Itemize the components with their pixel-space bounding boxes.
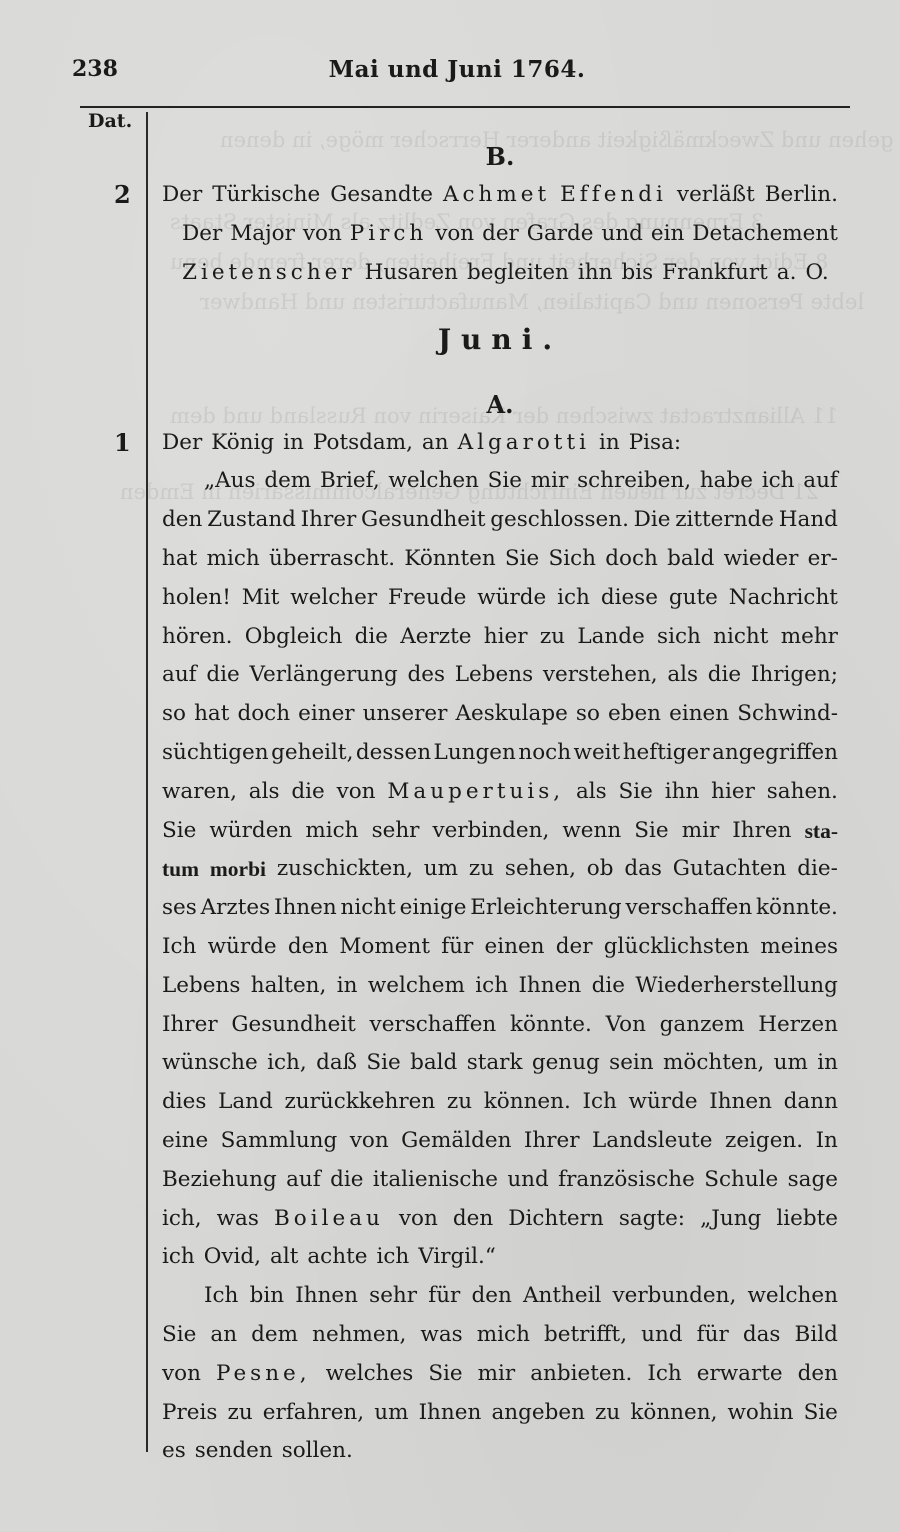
word: verbinden, [433, 812, 550, 851]
word: die [355, 618, 388, 657]
word: erfahren, [263, 1394, 364, 1433]
word: Antheil [523, 1277, 601, 1316]
word: Ihrer [301, 501, 357, 540]
word: Lungen [434, 734, 516, 773]
word: hat [194, 695, 229, 734]
word: Der [162, 424, 202, 463]
word: die [330, 1161, 363, 1200]
word: können, [630, 1394, 717, 1433]
word: Die [634, 501, 671, 540]
word: Sie [428, 1355, 462, 1394]
word: könnte. [756, 889, 838, 928]
word: ich [475, 967, 508, 1006]
word: Sie [634, 812, 668, 851]
word: nehmen, [312, 1316, 406, 1355]
letter-intro: DerKöniginPotsdam,anAlgarottiinPisa: [162, 424, 838, 463]
word: Gutachten [673, 850, 787, 889]
word: den [288, 928, 328, 967]
word: Beziehung [162, 1161, 277, 1200]
word: Virgil.“ [418, 1238, 496, 1277]
word: dann [784, 1083, 838, 1122]
word: den [472, 1277, 512, 1316]
word: so [576, 695, 600, 734]
word: Sich [549, 540, 597, 579]
word: zu [540, 618, 565, 657]
text-line: Siewürdenmichsehrverbinden,wennSiemirIhr… [162, 812, 838, 851]
word: ihn [665, 773, 700, 812]
word: zitternde [675, 501, 774, 540]
month-heading: Juni. [162, 318, 838, 362]
word: mir [682, 812, 720, 851]
word: die [206, 656, 239, 695]
word: würde [477, 579, 546, 618]
text-line: aufdieVerlängerungdesLebensverstehen,als… [162, 656, 838, 695]
word: Schwind- [737, 695, 838, 734]
word: Ihnen [518, 967, 581, 1006]
running-head: 238 Mai und Juni 1764. [72, 56, 842, 90]
word: doch [605, 540, 658, 579]
word: wünsche [162, 1044, 258, 1083]
word: französische [558, 1161, 695, 1200]
word: verbunden, [613, 1277, 737, 1316]
word: möchten, [663, 1044, 764, 1083]
word: geheilt, [271, 734, 353, 773]
word: liebte [776, 1200, 838, 1239]
word: hier [711, 773, 755, 812]
word: Zustand [207, 501, 296, 540]
text-line: ich,wasBoileauvondenDichternsagte:„Jungl… [162, 1200, 838, 1239]
word: könnte. [510, 1006, 592, 1045]
word: das [624, 850, 662, 889]
word: für [697, 1316, 729, 1355]
word: die- [797, 850, 838, 889]
word: würden [209, 812, 292, 851]
word: von [399, 1200, 438, 1239]
word: Land [218, 1083, 273, 1122]
word: den [162, 501, 202, 540]
word: einen [669, 695, 729, 734]
entry-june-2: 2 DerTürkischeGesandteAchmetEffendiverlä… [162, 176, 838, 292]
text-line: Sieandemnehmen,wasmichbetrifft,undfürdas… [162, 1316, 838, 1355]
word: ob [587, 850, 614, 889]
text-line: denZustandIhrerGesundheitgeschlossen.Die… [162, 501, 838, 540]
entry-date: 1 [114, 424, 131, 462]
date-column-label: Dat. [88, 110, 132, 132]
text-line: hatmichüberrascht.KönntenSieSichdochbald… [162, 540, 838, 579]
word: Maupertuis, [387, 773, 564, 812]
word: um [374, 1394, 408, 1433]
word: Gemälden [401, 1122, 511, 1161]
word: das [743, 1316, 781, 1355]
word: gute [669, 579, 718, 618]
word: dem [251, 1316, 298, 1355]
word: einige [400, 889, 467, 928]
word: sta- [805, 812, 838, 851]
page-body: B. 2 DerTürkischeGesandteAchmetEffendive… [162, 138, 838, 1471]
word: und [601, 215, 642, 254]
text-line: vonPesne,welchesSiemiranbieten.Icherwart… [162, 1355, 838, 1394]
word: sehr [369, 1277, 417, 1316]
word: Pesne, [216, 1355, 311, 1394]
word: unserer [363, 695, 448, 734]
text-line: süchtigengeheilt,dessenLungennochweithef… [162, 734, 838, 773]
header-rule [80, 106, 850, 108]
word: „Aus [204, 462, 256, 501]
word: und [641, 1316, 682, 1355]
word: Garde [527, 215, 594, 254]
word: ein [651, 215, 684, 254]
word: für [441, 928, 473, 967]
word: Aeskulape [455, 695, 567, 734]
word: in [599, 424, 620, 463]
word: Ich [162, 928, 196, 967]
word: halten, [251, 967, 327, 1006]
word: Boileau [274, 1200, 384, 1239]
word: In [816, 1122, 838, 1161]
word: mir [478, 1355, 516, 1394]
text-line: IhrerGesundheitverschaffenkönnte.Vonganz… [162, 1006, 838, 1045]
text-line: tummorbizuschickten,umzusehen,obdasGutac… [162, 850, 838, 889]
word: können. [484, 1083, 571, 1122]
word: hören. [162, 618, 232, 657]
word: Effendi [560, 176, 667, 215]
letter-paragraph-2: IchbinIhnensehrfürdenAntheilverbunden,we… [162, 1277, 838, 1471]
word: welcher [290, 579, 377, 618]
word: hat [162, 540, 197, 579]
word: dem [264, 462, 311, 501]
entry-june-1: 1 DerKöniginPotsdam,anAlgarottiinPisa: „… [162, 424, 838, 1472]
word: Ihnen [295, 1277, 358, 1316]
word: die [592, 967, 625, 1006]
word: welchen [747, 1277, 837, 1316]
word: Arztes [201, 889, 271, 928]
word: ich [557, 579, 590, 618]
word: zurückkehren [284, 1083, 435, 1122]
word: Preis [162, 1394, 217, 1433]
word: zeigen. [725, 1122, 803, 1161]
text-line: Beziehungaufdieitalienischeundfranzösisc… [162, 1161, 838, 1200]
word: sollen. [282, 1432, 353, 1471]
word: sein [609, 1044, 653, 1083]
word: dies [162, 1083, 206, 1122]
text-line: essendensollen. [162, 1432, 838, 1471]
word: tum [162, 850, 199, 889]
word: Zietenscher [182, 254, 356, 293]
word: schreiben, [577, 462, 691, 501]
text-line: diesLandzurückkehrenzukönnen.IchwürdeIhn… [162, 1083, 838, 1122]
word: würde [208, 928, 277, 967]
word: der [482, 215, 519, 254]
word: zuschickten, [277, 850, 413, 889]
word: mir [531, 462, 569, 501]
word: Sie [619, 773, 653, 812]
word: die [291, 773, 324, 812]
word: geschlossen. [490, 501, 629, 540]
word: auf [286, 1161, 321, 1200]
word: verstehen, [543, 656, 658, 695]
word: zu [228, 1394, 253, 1433]
word: Obgleich [245, 618, 343, 657]
word: nicht [341, 889, 396, 928]
word: Herzen [758, 1006, 838, 1045]
word: Türkische [212, 176, 320, 215]
word: holen! [162, 579, 231, 618]
word: Verlängerung [249, 656, 397, 695]
word: sahen. [767, 773, 838, 812]
word: Landsleute [592, 1122, 713, 1161]
word: genug [532, 1044, 600, 1083]
word: Detachement [692, 215, 838, 254]
text-line: IchbinIhnensehrfürdenAntheilverbunden,we… [162, 1277, 838, 1316]
word: Ovid, [204, 1238, 261, 1277]
word: eine [162, 1122, 208, 1161]
word: Ich [204, 1277, 238, 1316]
word: Sie [162, 1316, 196, 1355]
word: was [420, 1316, 462, 1355]
word: Gesundheit [231, 1006, 355, 1045]
word: ich, [267, 1044, 307, 1083]
letter-paragraph-1: „AusdemBrief,welchenSiemirschreiben,habe… [162, 462, 838, 1277]
word: wohin [728, 1394, 794, 1433]
word: einer [298, 695, 354, 734]
word: senden [195, 1432, 273, 1471]
text-line: „AusdemBrief,welchenSiemirschreiben,habe… [162, 462, 838, 501]
word: habe [700, 462, 753, 501]
text-line: waren,alsdievonMaupertuis,alsSieihnhiers… [162, 773, 838, 812]
word: Ihren [732, 812, 791, 851]
word: Lebens [162, 967, 240, 1006]
word: des [407, 656, 445, 695]
word: süchtigen [162, 734, 269, 773]
date-column-rule [146, 112, 148, 1452]
word: verschaffen [625, 889, 752, 928]
text-line: eineSammlungvonGemäldenIhrerLandsleuteze… [162, 1122, 838, 1161]
text-line: hören.ObgleichdieAerztehierzuLandesichni… [162, 618, 838, 657]
word: welchen [388, 462, 478, 501]
word: begleiten [467, 254, 569, 293]
word: italienische [373, 1161, 498, 1200]
word: Berlin. [765, 176, 838, 215]
word: König [211, 424, 274, 463]
word: Frankfurt [662, 254, 768, 293]
word: daß [316, 1044, 357, 1083]
word: Ihrer [524, 1122, 580, 1161]
word: Ich [647, 1355, 681, 1394]
word: ich [762, 462, 795, 501]
word: Brief, [320, 462, 380, 501]
word: Ihrer [162, 1006, 218, 1045]
word: mich [305, 812, 358, 851]
word: meines [760, 928, 838, 967]
word: Major [230, 215, 295, 254]
word: Potsdam, [313, 424, 413, 463]
word: Schule [704, 1161, 778, 1200]
text-line: IchwürdedenMomentfüreinenderglücklichste… [162, 928, 838, 967]
word: Moment [339, 928, 430, 967]
word: in [817, 1044, 838, 1083]
word: Hand [779, 501, 838, 540]
word: Husaren [365, 254, 458, 293]
word: Von [606, 1006, 646, 1045]
text-line: wünscheich,daßSiebaldstarkgenugseinmöcht… [162, 1044, 838, 1083]
word: Könnten [404, 540, 495, 579]
word: und [507, 1161, 548, 1200]
word: sage [788, 1161, 838, 1200]
text-line: holen!MitwelcherFreudewürdeichdieseguteN… [162, 579, 838, 618]
word: Sie [366, 1044, 400, 1083]
word: Ihrigen; [751, 656, 838, 695]
word: auf [162, 656, 197, 695]
word: Sie [488, 462, 522, 501]
word: von [350, 1122, 389, 1161]
word: dessen [356, 734, 431, 773]
word: sagte: [619, 1200, 685, 1239]
word: so [162, 695, 186, 734]
word: um [424, 850, 458, 889]
word: Mit [242, 579, 280, 618]
word: a. [777, 254, 797, 293]
word: noch [518, 734, 571, 773]
word: O. [805, 254, 828, 293]
word: auf [803, 462, 838, 501]
word: überrascht. [269, 540, 395, 579]
entry-text: DerTürkischeGesandteAchmetEffendiverläßt… [162, 176, 838, 292]
word: ich [162, 1238, 195, 1277]
word: den [798, 1355, 838, 1394]
word: Wiederherstellung [635, 967, 838, 1006]
text-line: sesArztesIhnennichteinigeErleichterungve… [162, 889, 838, 928]
word: Nachricht [729, 579, 838, 618]
word: zu [469, 850, 494, 889]
word: Freude [388, 579, 466, 618]
word: als [576, 773, 607, 812]
word: mich [207, 540, 260, 579]
word: die [708, 656, 741, 695]
running-title: Mai und Juni 1764. [72, 56, 842, 83]
word: Lande [577, 618, 644, 657]
word: Ihnen [709, 1083, 772, 1122]
word: Ich [583, 1083, 617, 1122]
word: bald [410, 1044, 457, 1083]
word: alt [270, 1238, 298, 1277]
word: Der [162, 176, 202, 215]
word: es [162, 1432, 186, 1471]
word: bald [667, 540, 714, 579]
word: was [217, 1200, 259, 1239]
word: ganzem [660, 1006, 745, 1045]
text-line: Preiszuerfahren,umIhnenangebenzukönnen,w… [162, 1394, 838, 1433]
word: bin [250, 1277, 285, 1316]
word: Sie [804, 1394, 838, 1433]
word: nicht [713, 618, 768, 657]
word: Ihnen [274, 889, 337, 928]
word: morbi [210, 850, 266, 889]
word: weit [574, 734, 621, 773]
text-line: Lebenshalten,inwelchemichIhnendieWiederh… [162, 967, 838, 1006]
word: diese [601, 579, 658, 618]
word: Algarotti [458, 424, 590, 463]
word: Bild [795, 1316, 838, 1355]
word: achte [307, 1238, 367, 1277]
word: mehr [781, 618, 838, 657]
word: betrifft, [544, 1316, 627, 1355]
text-line: ichOvid,altachteichVirgil.“ [162, 1238, 838, 1277]
text-line: sohatdocheinerunsererAeskulapesoebeneine… [162, 695, 838, 734]
word: Sie [505, 540, 539, 579]
word: verläßt [677, 176, 755, 215]
word: doch [237, 695, 290, 734]
word: den [453, 1200, 493, 1239]
word: für [428, 1277, 460, 1316]
word: heftiger [623, 734, 710, 773]
word: eben [608, 695, 661, 734]
word: sehr [372, 812, 420, 851]
word: Lebens [455, 656, 533, 695]
word: ich [376, 1238, 409, 1277]
word: in [337, 967, 358, 1006]
section-heading-b: B. [162, 138, 838, 176]
word: einen [485, 928, 545, 967]
word: Dichtern [508, 1200, 604, 1239]
word: mich [477, 1316, 530, 1355]
word: „Jung [700, 1200, 761, 1239]
word: Achmet [443, 176, 550, 215]
word: an [210, 1316, 237, 1355]
word: welchem [368, 967, 465, 1006]
word: Erleichterung [470, 889, 621, 928]
text-line: DerTürkischeGesandteAchmetEffendiverläßt… [162, 176, 838, 215]
word: in [283, 424, 304, 463]
word: verschaffen [370, 1006, 497, 1045]
word: welches [326, 1355, 414, 1394]
word: erwarte [697, 1355, 783, 1394]
word: ihn [578, 254, 613, 293]
word: wenn [562, 812, 621, 851]
word: ses [162, 889, 197, 928]
word: sehen, [505, 850, 576, 889]
word: Ihnen [419, 1394, 482, 1433]
text-line: DerMajorvonPirchvonderGardeundeinDetache… [162, 215, 838, 254]
word: der [556, 928, 593, 967]
text-line: DerKöniginPotsdam,anAlgarottiinPisa: [162, 424, 838, 463]
word: glücklichsten [604, 928, 749, 967]
word: Der [182, 215, 222, 254]
entry-date: 2 [114, 176, 131, 214]
word: sich [657, 618, 701, 657]
word: von [337, 773, 376, 812]
word: Sie [162, 812, 196, 851]
word: ich, [162, 1200, 202, 1239]
word: Aerzte [400, 618, 471, 657]
section-heading-a: A. [162, 386, 838, 424]
word: zu [595, 1394, 620, 1433]
word: von [303, 215, 342, 254]
word: Sammlung [221, 1122, 338, 1161]
word: Gesandte [330, 176, 433, 215]
word: um [774, 1044, 808, 1083]
word: hier [484, 618, 528, 657]
word: anbieten. [530, 1355, 632, 1394]
word: Pirch [350, 215, 428, 254]
word: von [435, 215, 474, 254]
word: angeben [491, 1394, 585, 1433]
word: Gesundheit [361, 501, 485, 540]
word: als [667, 656, 698, 695]
word: angegriffen [712, 734, 838, 773]
word: an [422, 424, 449, 463]
text-line: ZietenscherHusarenbegleitenihnbisFrankfu… [162, 254, 838, 293]
word: zu [447, 1083, 472, 1122]
